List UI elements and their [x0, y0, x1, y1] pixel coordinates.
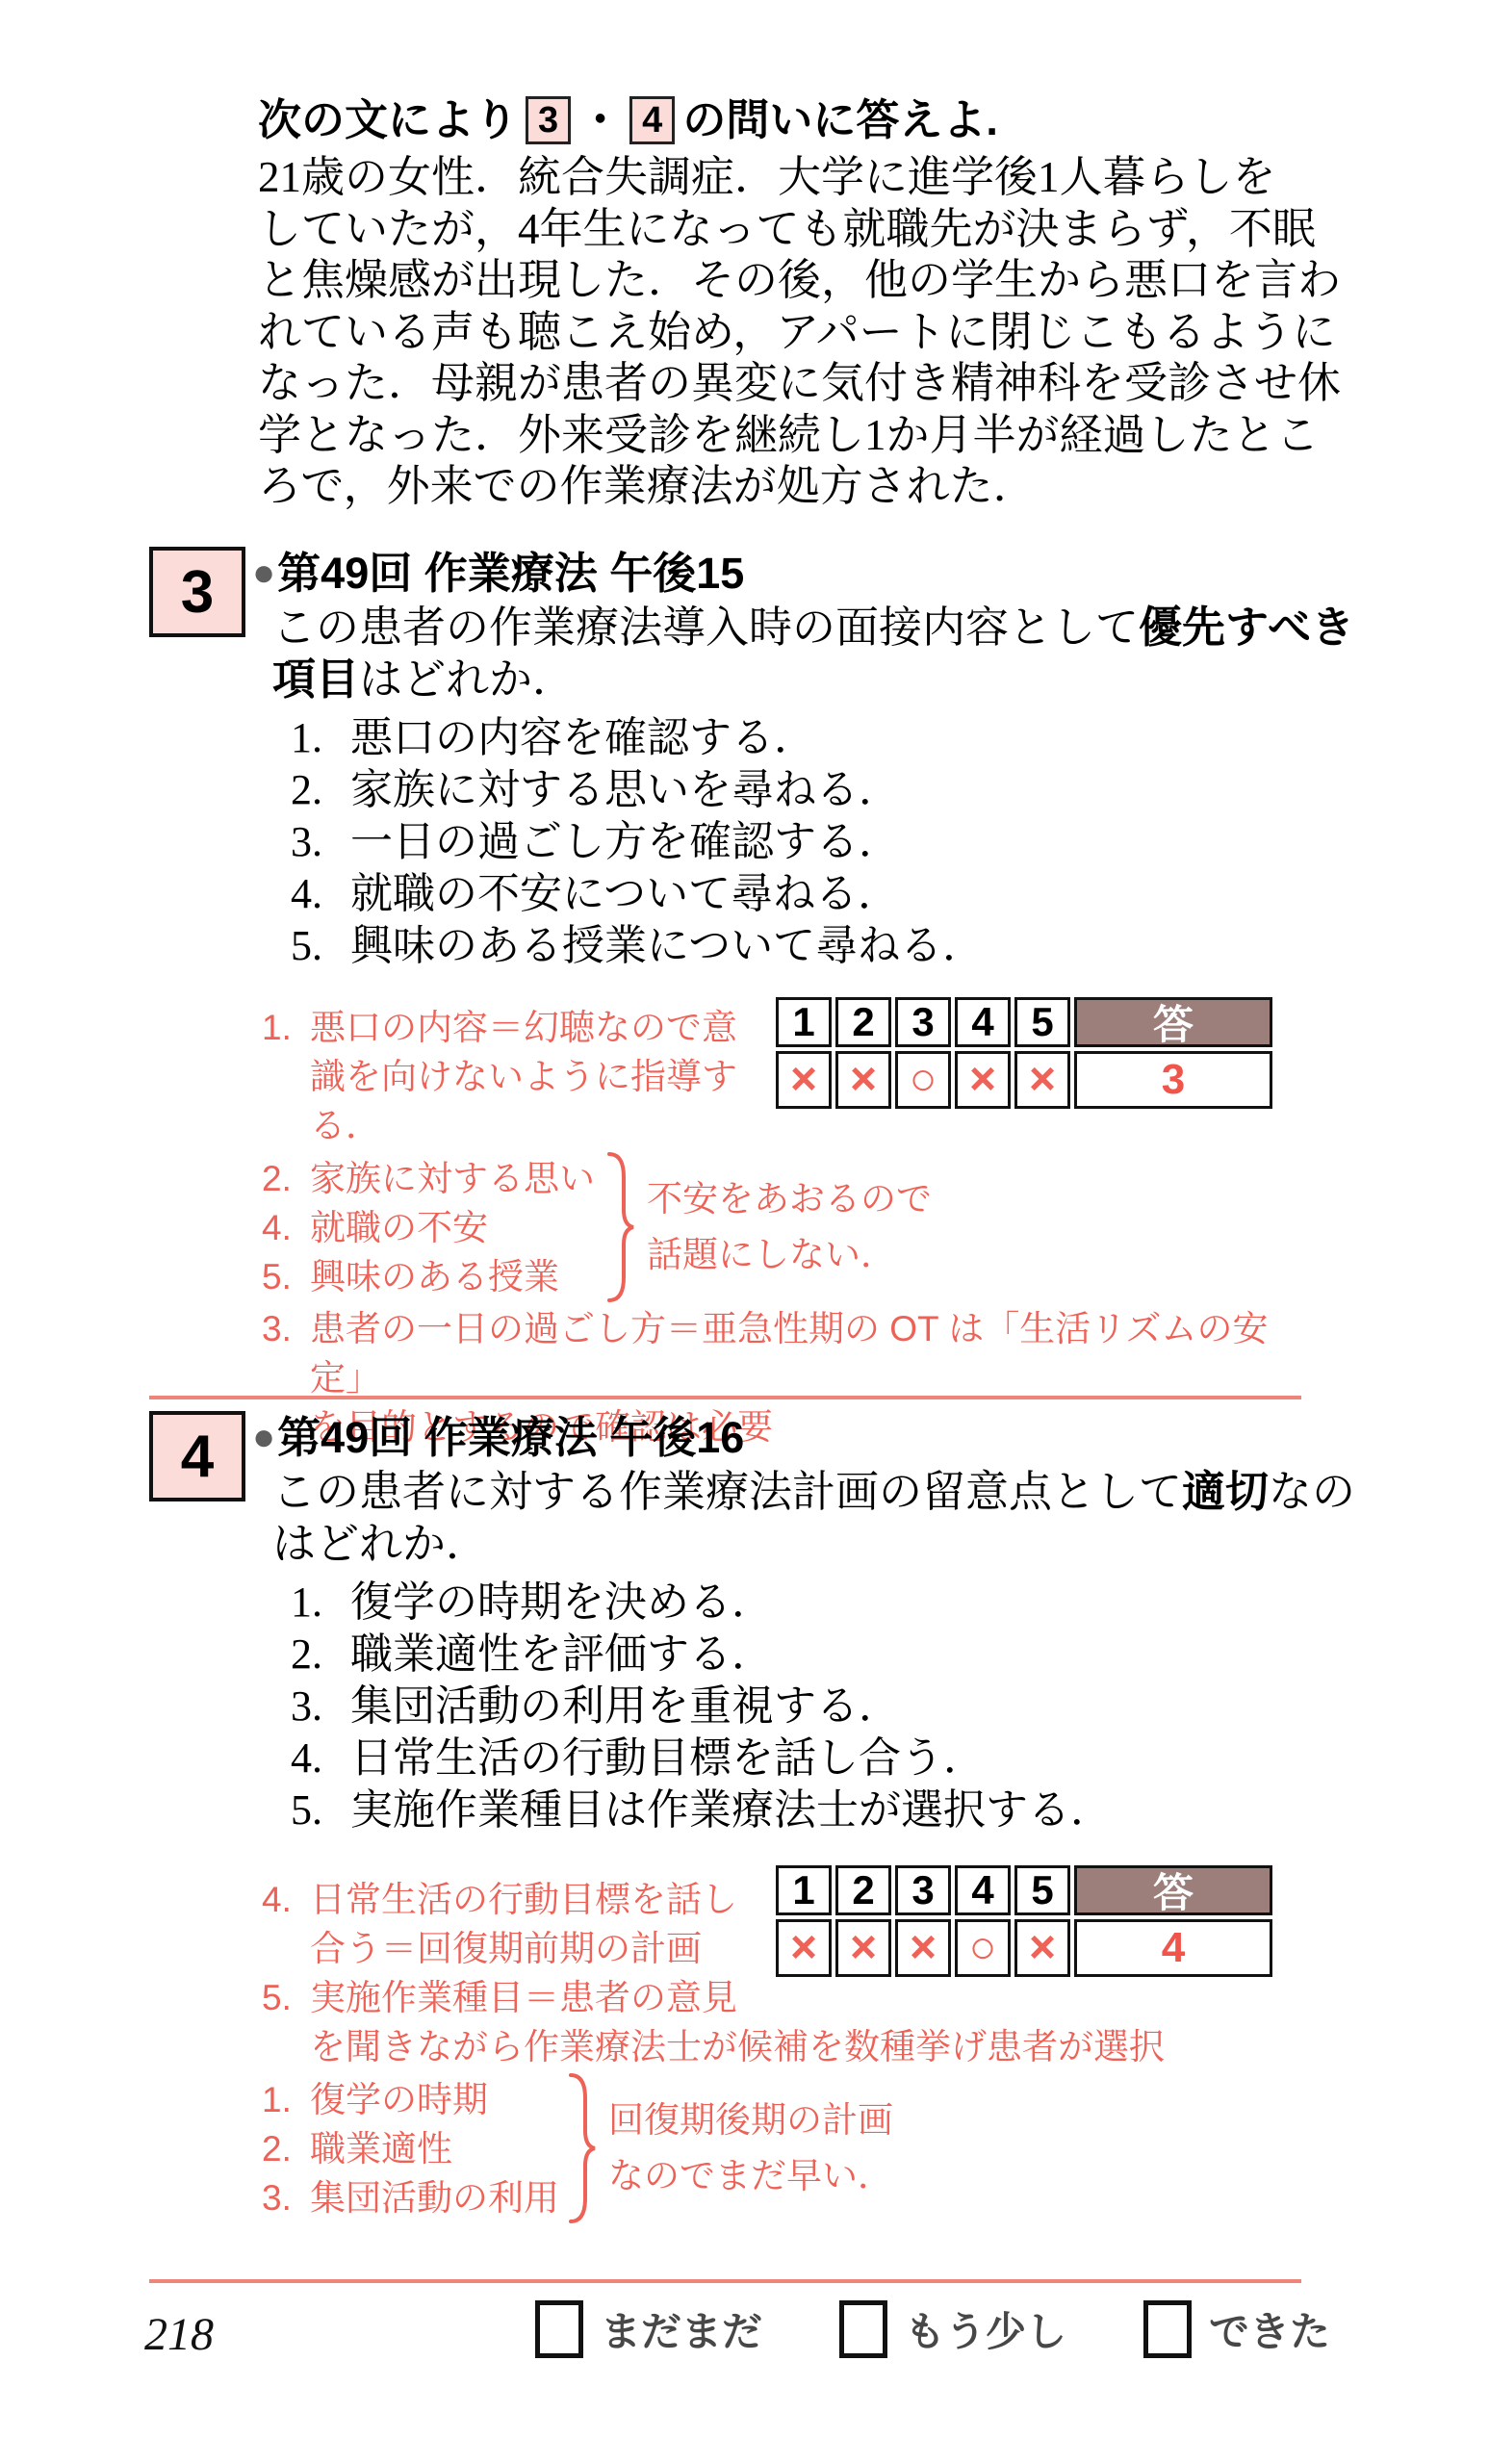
option-text: 実施作業種目は作業療法士が選択する．	[350, 1784, 1113, 1836]
stem-text: はどれか．	[272, 1520, 489, 1568]
self-check-checkbox-madamada[interactable]	[535, 2300, 583, 2358]
option-number: 5.	[291, 1784, 337, 1836]
bullet-icon: ●	[252, 1416, 275, 1458]
ref-separator: ・	[578, 95, 622, 144]
option-text: 一日の過ごし方を確認する．	[350, 816, 901, 868]
explanation-q4: 4. 日常生活の行動目標を話し 合う＝回復期前期の計画 5. 実施作業種目＝患者…	[262, 1875, 1330, 2225]
question-4-header: ●第49回 作業療法 午後16	[252, 1409, 1398, 1466]
explanation-text: 復学の時期	[310, 2075, 488, 2124]
question-4-options: 1.復学の時期を決める． 2.職業適性を評価する． 3.集団活動の利用を重視する…	[291, 1577, 1398, 1836]
option-row: 3.一日の過ごし方を確認する．	[291, 816, 1398, 868]
explanation-text: 実施作業種目＝患者の意見 を聞きながら作業療法士が候補を数種挙げ患者が選択	[310, 1973, 1165, 2071]
explanation-q3: 1. 悪口の内容＝幻聴なので意 識を向けないように指導す る． 2.家族に対する…	[262, 1003, 1330, 1451]
footer-divider	[149, 2279, 1301, 2283]
option-text: 家族に対する思いを尋ねる．	[350, 764, 901, 816]
checkbox-label: もう少し	[905, 2300, 1066, 2358]
vignette-line: なった．母親が患者の異変に気付き精神科を受診させ休	[258, 358, 1326, 410]
option-row: 5.興味のある授業について尋ねる．	[291, 920, 1398, 972]
question-4-badge: 4	[149, 1411, 245, 1501]
option-number: 5.	[291, 920, 337, 972]
intro-block: 次の文により3・4の問いに答えよ. 21歳の女性．統合失調症．大学に進学後1人暮…	[258, 92, 1326, 513]
question-ref-box-3: 3	[526, 96, 571, 144]
explanation-number: 4.	[262, 1203, 302, 1252]
explanation-item: 5. 実施作業種目＝患者の意見 を聞きながら作業療法士が候補を数種挙げ患者が選択	[262, 1973, 1330, 2071]
question-3-badge: 3	[149, 547, 245, 637]
option-row: 2.職業適性を評価する．	[291, 1629, 1398, 1681]
vignette-line: 学となった．外来受診を継続し1か月半が経過したとこ	[258, 410, 1326, 462]
option-text: 職業適性を評価する．	[350, 1629, 774, 1681]
stem-text: はどれか．	[359, 655, 576, 704]
stem-bold-text: 優先すべき	[1139, 603, 1354, 652]
option-number: 3.	[291, 1681, 337, 1732]
explanation-number: 1.	[262, 2075, 302, 2124]
option-number: 4.	[291, 1732, 337, 1784]
option-row: 4.就職の不安について尋ねる．	[291, 868, 1398, 920]
case-vignette: 21歳の女性．統合失調症．大学に進学後1人暮らしを していたが，4年生になっても…	[258, 152, 1326, 513]
stem-bold-text: 項目	[272, 654, 359, 704]
question-3-header-text: 第49回 作業療法 午後15	[277, 549, 744, 598]
question-3-stem-line2: 項目はどれか．	[252, 654, 1398, 706]
intro-title: 次の文により3・4の問いに答えよ.	[258, 92, 1326, 148]
option-text: 悪口の内容を確認する．	[350, 712, 816, 764]
question-3-block: ●第49回 作業療法 午後15 この患者の作業療法導入時の面接内容として優先すべ…	[252, 545, 1398, 972]
explanation-text: 家族に対する思い	[310, 1154, 595, 1203]
explanation-number: 3.	[262, 2173, 302, 2222]
explanation-text: 職業適性	[310, 2124, 452, 2173]
intro-title-prefix: 次の文により	[258, 95, 518, 144]
option-number: 4.	[291, 868, 337, 920]
self-check-checkbox-mousukoshi[interactable]	[839, 2300, 887, 2358]
book-page: 次の文により3・4の問いに答えよ. 21歳の女性．統合失調症．大学に進学後1人暮…	[0, 0, 1489, 2464]
stem-bold-text: 適切	[1182, 1467, 1269, 1516]
self-check-item: もう少し	[839, 2300, 1066, 2358]
stem-text: この患者に対する作業療法計画の留意点として	[272, 1468, 1182, 1516]
option-number: 1.	[291, 1577, 337, 1629]
question-4-header-text: 第49回 作業療法 午後16	[277, 1413, 744, 1462]
question-3-options: 1.悪口の内容を確認する． 2.家族に対する思いを尋ねる． 3.一日の過ごし方を…	[291, 712, 1398, 972]
explanation-item: 4.就職の不安	[262, 1203, 601, 1252]
question-3-stem-line1: この患者の作業療法導入時の面接内容として優先すべき	[252, 602, 1398, 654]
option-number: 2.	[291, 1629, 337, 1681]
explanation-item: 1. 悪口の内容＝幻聴なので意 識を向けないように指導す る．	[262, 1003, 1330, 1150]
brace-group-list: 2.家族に対する思い 4.就職の不安 5.興味のある授業	[262, 1154, 601, 1301]
option-row: 1.復学の時期を決める．	[291, 1577, 1398, 1629]
stem-text: この患者の作業療法導入時の面接内容として	[272, 603, 1139, 652]
explanation-number: 5.	[262, 1252, 302, 1301]
explanation-item: 1.復学の時期	[262, 2075, 562, 2124]
option-row: 5.実施作業種目は作業療法士が選択する．	[291, 1784, 1398, 1836]
option-row: 1.悪口の内容を確認する．	[291, 712, 1398, 764]
explanation-item: 2.家族に対する思い	[262, 1154, 601, 1203]
bullet-icon: ●	[252, 552, 275, 594]
option-row: 4.日常生活の行動目標を話し合う．	[291, 1732, 1398, 1784]
option-number: 2.	[291, 764, 337, 816]
self-check-checkbox-dekita[interactable]	[1143, 2300, 1192, 2358]
option-number: 3.	[291, 816, 337, 868]
checkbox-label: まだまだ	[601, 2300, 762, 2358]
question-4-stem-line1: この患者に対する作業療法計画の留意点として適切なの	[252, 1466, 1398, 1518]
explanation-text: 悪口の内容＝幻聴なので意 識を向けないように指導す る．	[310, 1003, 737, 1150]
option-text: 集団活動の利用を重視する．	[350, 1681, 901, 1732]
explanation-text: 興味のある授業	[310, 1252, 559, 1301]
vignette-line: 21歳の女性．統合失調症．大学に進学後1人暮らしを	[258, 152, 1326, 204]
explanation-number: 4.	[262, 1875, 302, 1924]
vignette-line: していたが，4年生になっても就職先が決まらず，不眠	[258, 204, 1326, 256]
brace-group-note: 回復期後期の計画 なのでまだ早い．	[608, 2092, 893, 2204]
self-check-item: まだまだ	[535, 2300, 762, 2358]
explanation-number: 3.	[262, 1304, 302, 1353]
explanation-text: 就職の不安	[310, 1203, 488, 1252]
section-divider	[149, 1396, 1301, 1399]
explanation-text: 日常生活の行動目標を話し 合う＝回復期前期の計画	[310, 1875, 737, 1973]
explanation-item: 2.職業適性	[262, 2124, 562, 2173]
explanation-number: 1.	[262, 1003, 302, 1052]
option-text: 就職の不安について尋ねる．	[350, 868, 900, 920]
question-4-block: ●第49回 作業療法 午後16 この患者に対する作業療法計画の留意点として適切な…	[252, 1409, 1398, 1836]
option-text: 興味のある授業について尋ねる．	[350, 920, 985, 972]
vignette-line: と焦燥感が出現した．その後，他の学生から悪口を言わ	[258, 255, 1326, 307]
option-text: 復学の時期を決める．	[350, 1577, 774, 1629]
self-check-row: まだまだ もう少し できた	[535, 2300, 1330, 2358]
explanation-brace-group: 2.家族に対する思い 4.就職の不安 5.興味のある授業 不安をあおるので 話題…	[262, 1150, 1330, 1304]
question-ref-box-4: 4	[629, 96, 675, 144]
option-row: 3.集団活動の利用を重視する．	[291, 1681, 1398, 1732]
vignette-line: ろで，外来での作業療法が処方された．	[258, 461, 1326, 513]
vignette-line: れている声も聴こえ始め，アパートに閉じこもるように	[258, 307, 1326, 359]
explanation-text: 集団活動の利用	[310, 2173, 559, 2222]
page-number: 218	[144, 2308, 214, 2361]
explanation-number: 2.	[262, 1154, 302, 1203]
stem-text: なの	[1269, 1468, 1355, 1516]
explanation-item: 5.興味のある授業	[262, 1252, 601, 1301]
question-3-header: ●第49回 作業療法 午後15	[252, 545, 1398, 602]
brace-group-note: 不安をあおるので 話題にしない．	[647, 1171, 932, 1283]
option-row: 2.家族に対する思いを尋ねる．	[291, 764, 1398, 816]
checkbox-label: できた	[1209, 2300, 1330, 2358]
explanation-number: 2.	[262, 2124, 302, 2173]
explanation-number: 5.	[262, 1973, 302, 2022]
option-number: 1.	[291, 712, 337, 764]
explanation-item: 3.集団活動の利用	[262, 2173, 562, 2222]
brace-group-list: 1.復学の時期 2.職業適性 3.集団活動の利用	[262, 2075, 562, 2222]
explanation-brace-group: 1.復学の時期 2.職業適性 3.集団活動の利用 回復期後期の計画 なのでまだ早…	[262, 2071, 1330, 2225]
self-check-item: できた	[1143, 2300, 1330, 2358]
explanation-item: 4. 日常生活の行動目標を話し 合う＝回復期前期の計画	[262, 1875, 1330, 1973]
right-brace-icon	[606, 1150, 635, 1304]
intro-title-suffix: の問いに答えよ.	[682, 95, 998, 144]
option-text: 日常生活の行動目標を話し合う．	[350, 1732, 986, 1784]
question-4-stem-line2: はどれか．	[252, 1518, 1398, 1570]
right-brace-icon	[568, 2071, 597, 2225]
